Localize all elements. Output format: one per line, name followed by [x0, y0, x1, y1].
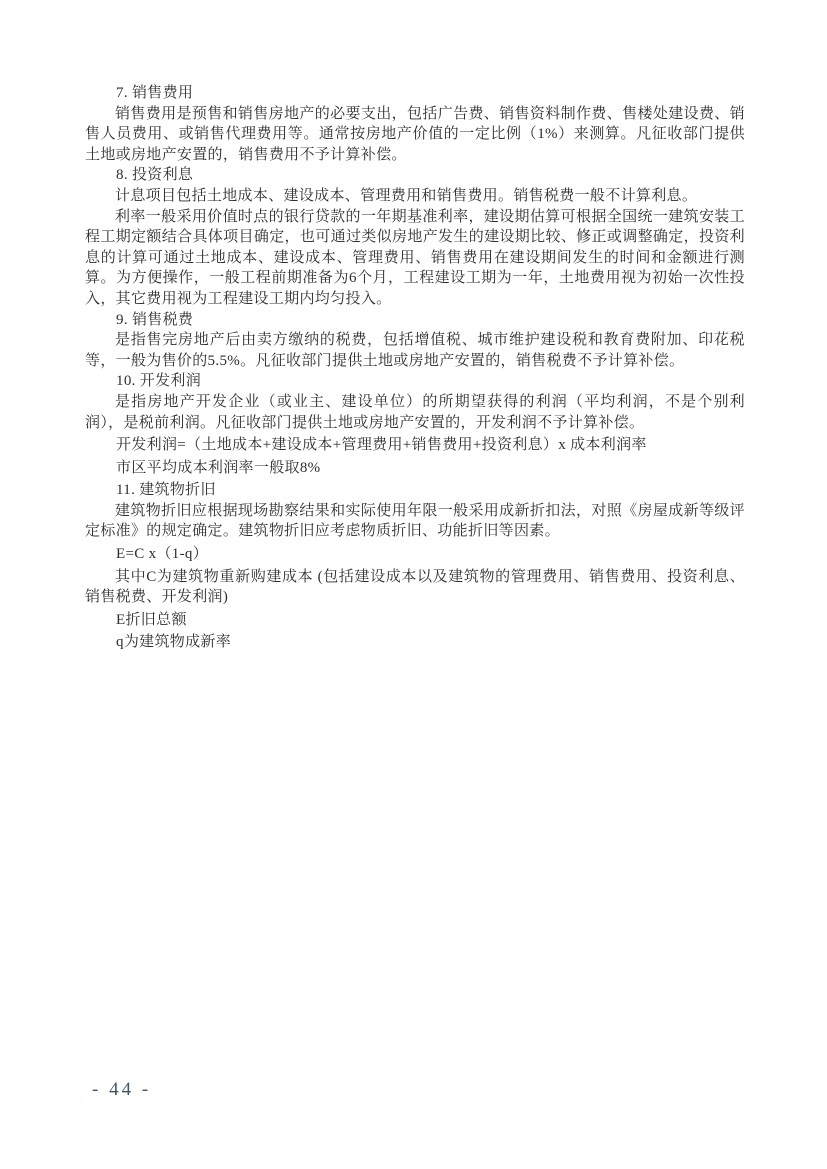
page-number: - 44 - — [92, 1078, 151, 1102]
section-building-depreciation: 11. 建筑物折旧 建筑物折旧应根据现场勘察结果和实际使用年限一般采用成新折扣法… — [85, 480, 745, 653]
formula-depreciation: E=C x（1-q） — [85, 544, 745, 565]
document-body: 7. 销售费用 销售费用是预售和销售房地产的必要支出，包括广告费、销售资料制作费… — [85, 83, 745, 655]
document-page: 7. 销售费用 销售费用是预售和销售房地产的必要支出，包括广告费、销售资料制作费… — [0, 0, 827, 1169]
paragraph: 是指房地产开发企业（或业主、建设单位）的所期望获得的利润（平均利润，不是个别利润… — [85, 392, 745, 433]
paragraph: 销售费用是预售和销售房地产的必要支出，包括广告费、销售资料制作费、售楼处建设费、… — [85, 104, 745, 166]
section-heading-9: 9. 销售税费 — [85, 310, 745, 331]
formula-note-c: 其中C为建筑物重新购建成本 (包括建设成本以及建筑物的管理费用、销售费用、投资利… — [85, 567, 745, 608]
section-sales-tax: 9. 销售税费 是指售完房地产后由卖方缴纳的税费，包括增值税、城市维护建设税和教… — [85, 310, 745, 372]
paragraph: 是指售完房地产后由卖方缴纳的税费，包括增值税、城市维护建设税和教育费附加、印花税… — [85, 330, 745, 371]
section-heading-8: 8. 投资利息 — [85, 165, 745, 186]
formula-profit-rate: 市区平均成本利润率一般取8% — [85, 458, 745, 479]
paragraph: 利率一般采用价值时点的银行贷款的一年期基准利率，建设期估算可根据全国统一建筑安装… — [85, 207, 745, 310]
paragraph: 建筑物折旧应根据现场勘察结果和实际使用年限一般采用成新折扣法，对照《房屋成新等级… — [85, 501, 745, 542]
section-sales-expense: 7. 销售费用 销售费用是预售和销售房地产的必要支出，包括广告费、销售资料制作费… — [85, 83, 745, 165]
section-investment-interest: 8. 投资利息 计息项目包括土地成本、建设成本、管理费用和销售费用。销售税费一般… — [85, 165, 745, 309]
formula-note-e: E折旧总额 — [85, 610, 745, 631]
section-heading-10: 10. 开发利润 — [85, 371, 745, 392]
section-heading-7: 7. 销售费用 — [85, 83, 745, 104]
section-heading-11: 11. 建筑物折旧 — [85, 480, 745, 501]
formula-development-profit: 开发利润=（土地成本+建设成本+管理费用+销售费用+投资利息）x 成本利润率 — [85, 435, 745, 456]
section-development-profit: 10. 开发利润 是指房地产开发企业（或业主、建设单位）的所期望获得的利润（平均… — [85, 371, 745, 478]
formula-note-q: q为建筑物成新率 — [85, 632, 745, 653]
paragraph: 计息项目包括土地成本、建设成本、管理费用和销售费用。销售税费一般不计算利息。 — [85, 186, 745, 207]
